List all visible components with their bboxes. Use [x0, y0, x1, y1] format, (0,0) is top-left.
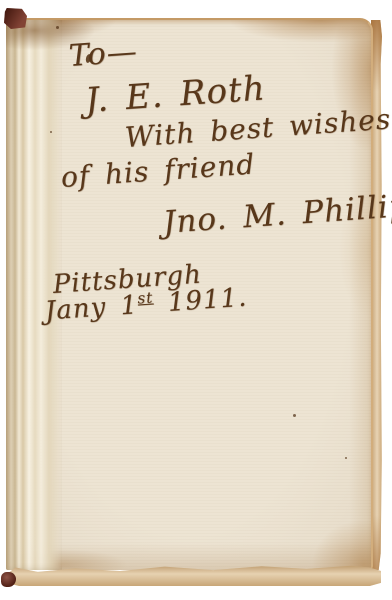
inscription-date-year: 1911.: [153, 283, 249, 319]
foxing-speck: [50, 131, 52, 133]
foxing-speck: [56, 26, 59, 29]
inscription-salutation: To—: [68, 37, 139, 72]
foxing-speck: [345, 457, 347, 459]
book-photo: To— J. E. Roth With best wishes of his f…: [0, 0, 392, 600]
foxing-speck: [293, 414, 296, 417]
inscription-date-prefix: Jany 1: [44, 290, 139, 326]
leather-corner-nub: [1, 572, 16, 587]
inscription-date-ordinal: st: [137, 288, 154, 307]
